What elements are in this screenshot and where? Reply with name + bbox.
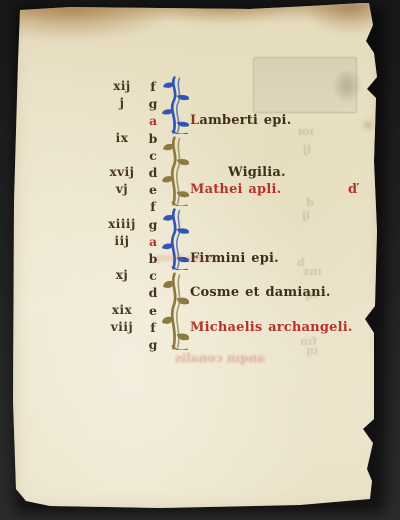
feast-entry: Lamberti epi. xyxy=(190,112,291,129)
calendar-row: xvijdWigilia. xyxy=(10,164,388,181)
calendar-row: dCosme et damiani. xyxy=(10,284,388,301)
golden-number: xvij xyxy=(101,164,143,181)
bleedthrough-glyph: ij xyxy=(303,143,311,156)
grade-mark: ď xyxy=(348,181,357,198)
bleedthrough-glyph: ıoı xyxy=(298,125,314,138)
calendar-row: vjeMathei apli.ď xyxy=(10,181,388,198)
golden-number: xix xyxy=(101,302,143,319)
bleedthrough-glyph: ij xyxy=(302,209,310,222)
calendar-row: f xyxy=(10,198,388,215)
golden-number: j xyxy=(101,95,143,112)
calendar-row: xijf xyxy=(10,78,388,95)
calendar-row: aLamberti epi. xyxy=(10,112,388,129)
dominical-letter: f xyxy=(144,198,162,215)
feast-entry: Wigilia. xyxy=(228,164,286,181)
dominical-letter: e xyxy=(144,302,162,319)
golden-number: vj xyxy=(101,181,143,198)
stain-top-right xyxy=(306,1,378,35)
golden-number: ix xyxy=(101,130,143,147)
calendar-row: iija xyxy=(10,233,388,250)
golden-number: iij xyxy=(101,233,143,250)
calendar-row: c xyxy=(10,147,388,164)
bleedthrough-glyph: ıŋ xyxy=(306,344,318,357)
dominical-letter: b xyxy=(144,130,162,147)
golden-number: xiiij xyxy=(101,216,143,233)
photo-background: xijfjgaLamberti epi.ixbcxvijdWigilia.vje… xyxy=(0,0,400,520)
calendar-row: viijfMichaelis archangeli. xyxy=(10,319,388,336)
golden-number: xj xyxy=(101,267,143,284)
dominical-letter: g xyxy=(144,95,162,112)
golden-number: viij xyxy=(101,319,143,336)
dominical-letter: d xyxy=(144,284,162,301)
dominical-letter: f xyxy=(144,319,162,336)
calendar-table: xijfjgaLamberti epi.ixbcxvijdWigilia.vje… xyxy=(10,78,388,358)
dominical-letter: c xyxy=(144,267,162,284)
feast-entry: Michaelis archangeli. xyxy=(190,319,353,336)
golden-number: xij xyxy=(101,78,143,95)
dominical-letter: a xyxy=(144,112,162,129)
calendar-row: xjc xyxy=(10,267,388,284)
bleedthrough-red-text: anqın conalis xyxy=(125,351,265,365)
bleedthrough-glyph: ıŋ xyxy=(305,288,317,301)
dominical-letter: g xyxy=(144,216,162,233)
dominical-letter: d xyxy=(144,164,162,181)
dominical-letter: a xyxy=(144,233,162,250)
bleedthrough-glyph: ınx xyxy=(303,265,322,278)
feast-entry: Mathei apli. xyxy=(190,181,281,198)
stain-top-middle xyxy=(160,1,290,25)
dominical-letter: e xyxy=(144,181,162,198)
calendar-row: xixe xyxy=(10,302,388,319)
dominical-letter: f xyxy=(144,78,162,95)
manuscript-leaf: xijfjgaLamberti epi.ixbcxvijdWigilia.vje… xyxy=(10,1,388,513)
dominical-letter: c xyxy=(144,147,162,164)
bleedthrough-red-text: mnıı ınoq xyxy=(95,251,215,264)
calendar-row: xiiijg xyxy=(10,216,388,233)
calendar-row: ixb xyxy=(10,130,388,147)
bleedthrough-glyph: d xyxy=(306,196,314,209)
calendar-row: jg xyxy=(10,95,388,112)
